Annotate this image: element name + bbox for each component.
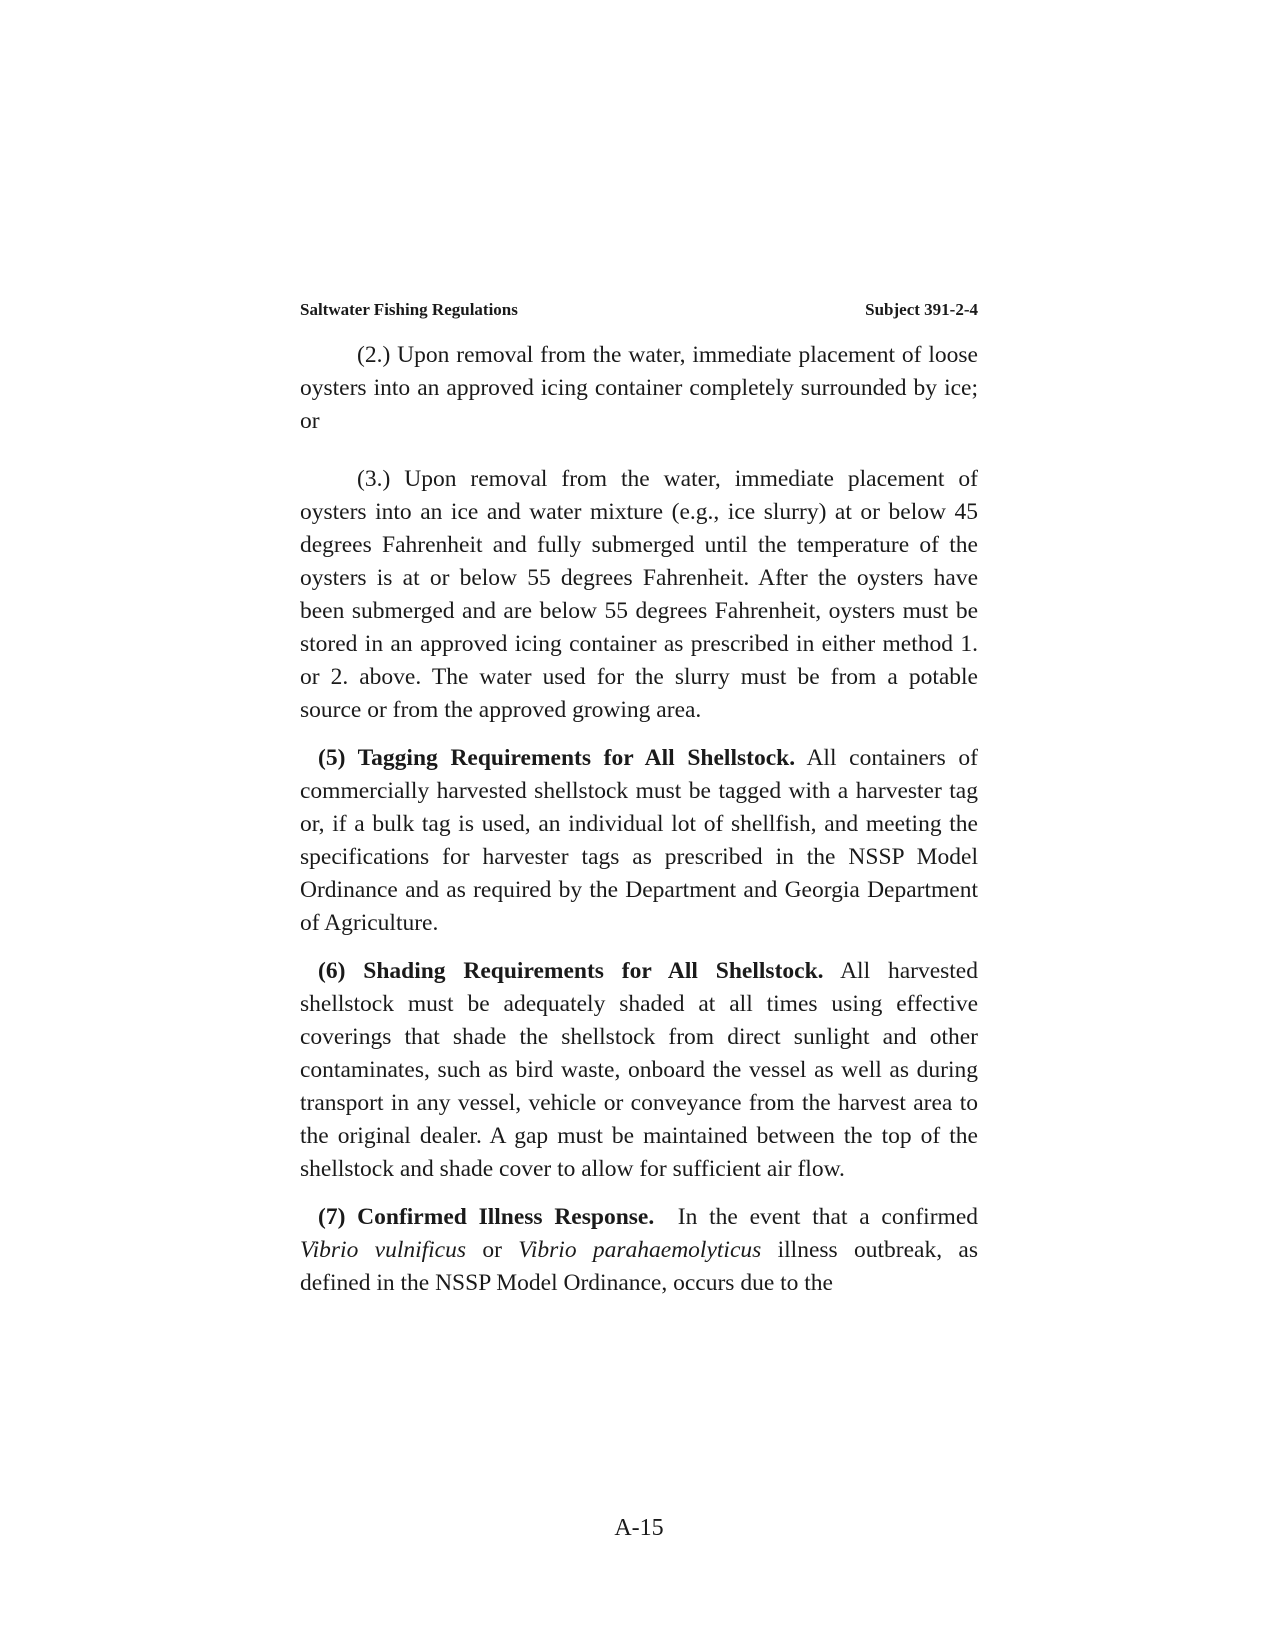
paragraph-method-3: (3.) Upon removal from the water, immedi… xyxy=(300,463,978,727)
section-7-text-a: In the event that a confirmed xyxy=(654,1204,984,1230)
section-7-text-b: or xyxy=(466,1237,518,1263)
header-subject: Subject 391-2-4 xyxy=(865,300,978,320)
document-body: (2.) Upon removal from the water, immedi… xyxy=(300,339,978,1300)
header-title: Saltwater Fishing Regulations xyxy=(300,300,518,320)
page-number: A-15 xyxy=(300,1515,978,1542)
running-header: Saltwater Fishing Regulations Subject 39… xyxy=(300,300,978,320)
paragraph-method-2: (2.) Upon removal from the water, immedi… xyxy=(300,339,978,438)
section-7-heading: (7) Confirmed Illness Response. xyxy=(318,1204,654,1230)
section-6-shading: (6) Shading Requirements for All Shellst… xyxy=(300,955,978,1186)
section-6-text: All harvested shellstock must be adequat… xyxy=(300,958,978,1182)
species-parahaemolyticus: Vibrio parahaemolyticus xyxy=(518,1237,761,1263)
section-5-heading: (5) Tagging Requirements for All Shellst… xyxy=(318,745,795,771)
section-7-illness: (7) Confirmed Illness Response. In the e… xyxy=(300,1201,978,1300)
species-vulnificus: Vibrio vulnificus xyxy=(300,1237,466,1263)
section-6-heading: (6) Shading Requirements for All Shellst… xyxy=(318,958,824,984)
section-5-text: All containers of commercially harvested… xyxy=(300,745,978,936)
section-5-tagging: (5) Tagging Requirements for All Shellst… xyxy=(300,742,978,940)
